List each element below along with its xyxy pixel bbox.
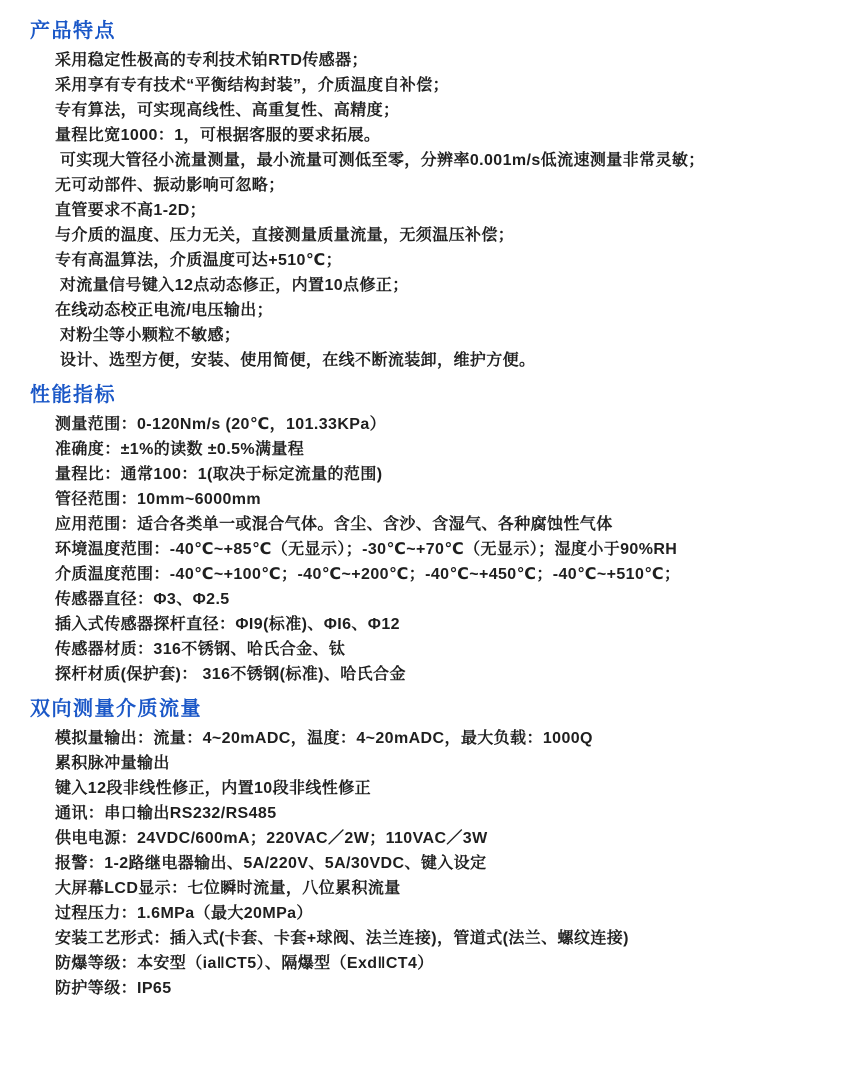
section-title-product-features: 产品特点 [30,18,834,44]
spec-line: 插入式传感器探杆直径：ΦI9(标准)、ΦI6、Φ12 [55,612,834,637]
spec-line: 测量范围：0-120Nm/s (20℃，101.33KPa） [55,412,834,437]
feature-line: 无可动部件、振动影响可忽略； [55,173,834,198]
spec-line: 管径范围：10mm~6000mm [55,487,834,512]
feature-line: 对流量信号键入12点动态修正，内置10点修正； [55,273,834,298]
product-features-list: 采用稳定性极高的专利技术铂RTD传感器； 采用享有专有技术“平衡结构封装”，介质… [30,48,834,373]
section-product-features: 产品特点 采用稳定性极高的专利技术铂RTD传感器； 采用享有专有技术“平衡结构封… [30,18,834,373]
performance-specs-list: 测量范围：0-120Nm/s (20℃，101.33KPa） 准确度：±1%的读… [30,412,834,687]
feature-line: 采用享有专有技术“平衡结构封装”，介质温度自补偿； [55,73,834,98]
spec-line: 环境温度范围：-40℃~+85℃（无显示）；-30℃~+70℃（无显示）；湿度小… [55,537,834,562]
spec-line: 安装工艺形式：插入式(卡套、卡套+球阀、法兰连接)，管道式(法兰、螺纹连接) [55,926,834,951]
spec-line: 防护等级：IP65 [55,976,834,1001]
section-title-performance-specs: 性能指标 [30,382,834,408]
spec-line: 过程压力：1.6MPa（最大20MPa） [55,901,834,926]
feature-line: 专有算法，可实现高线性、高重复性、高精度； [55,98,834,123]
spec-line: 报警：1-2路继电器输出、5A/220V、5A/30VDC、键入设定 [55,851,834,876]
datasheet-page: 产品特点 采用稳定性极高的专利技术铂RTD传感器； 采用享有专有技术“平衡结构封… [0,0,850,1092]
feature-line: 在线动态校正电流/电压输出； [55,298,834,323]
spec-line: 准确度：±1%的读数 ±0.5%满量程 [55,437,834,462]
feature-line: 可实现大管径小流量测量，最小流量可测低至零，分辨率0.001m/s低流速测量非常… [55,148,834,173]
spec-line: 应用范围：适合各类单一或混合气体。含尘、含沙、含湿气、各种腐蚀性气体 [55,512,834,537]
spec-line: 探杆材质(保护套)： 316不锈钢(标准)、哈氏合金 [55,662,834,687]
spec-line: 大屏幕LCD显示：七位瞬时流量，八位累积流量 [55,876,834,901]
spec-line: 传感器直径：Φ3、Φ2.5 [55,587,834,612]
section-performance-specs: 性能指标 测量范围：0-120Nm/s (20℃，101.33KPa） 准确度：… [30,382,834,687]
feature-line: 对粉尘等小颗粒不敏感； [55,323,834,348]
spec-line: 累积脉冲量输出 [55,751,834,776]
spec-line: 防爆等级：本安型（ia‖CT5）、隔爆型（Exd‖CT4） [55,951,834,976]
feature-line: 量程比宽1000：1，可根据客服的要求拓展。 [55,123,834,148]
feature-line: 直管要求不高1-2D； [55,198,834,223]
spec-line: 键入12段非线性修正，内置10段非线性修正 [55,776,834,801]
bidirectional-flow-list: 模拟量输出：流量：4~20mADC，温度：4~20mADC，最大负载：1000Q… [30,726,834,1001]
feature-line: 与介质的温度、压力无关，直接测量质量流量，无须温压补偿； [55,223,834,248]
section-bidirectional-flow: 双向测量介质流量 模拟量输出：流量：4~20mADC，温度：4~20mADC，最… [30,696,834,1001]
spec-line: 介质温度范围：-40℃~+100℃；-40℃~+200℃；-40℃~+450℃；… [55,562,834,587]
section-title-bidirectional-flow: 双向测量介质流量 [30,696,834,722]
spec-line: 通讯：串口输出RS232/RS485 [55,801,834,826]
spec-line: 量程比：通常100：1(取决于标定流量的范围) [55,462,834,487]
feature-line: 采用稳定性极高的专利技术铂RTD传感器； [55,48,834,73]
spec-line: 传感器材质：316不锈钢、哈氏合金、钛 [55,637,834,662]
spec-line: 供电电源：24VDC/600mA；220VAC／2W；110VAC／3W [55,826,834,851]
feature-line: 设计、选型方便，安装、使用简便，在线不断流装卸，维护方便。 [55,348,834,373]
feature-line: 专有高温算法，介质温度可达+510℃； [55,248,834,273]
spec-line: 模拟量输出：流量：4~20mADC，温度：4~20mADC，最大负载：1000Q [55,726,834,751]
